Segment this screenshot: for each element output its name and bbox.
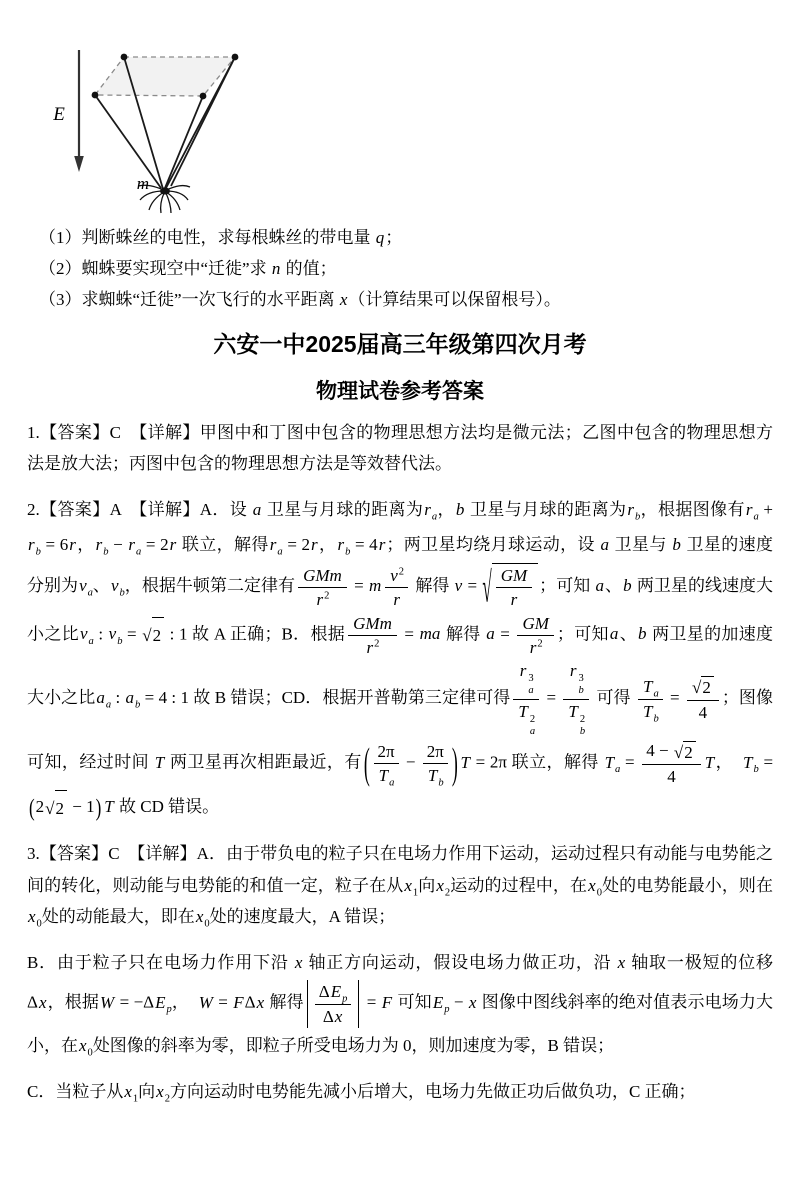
answer-3-paragraph-a: 3.【答案】C 【详解】A．由于带负电的粒子只在电场力作用下运动，运动过程只有动… bbox=[27, 838, 773, 932]
spider-field-diagram: E bbox=[29, 10, 261, 216]
e-field-arrow bbox=[74, 50, 84, 172]
dashed-parallelogram bbox=[95, 57, 235, 96]
document-page: E bbox=[0, 0, 800, 1107]
exam-title: 六安一中2025届高三年级第四次月考 bbox=[27, 326, 773, 359]
question-item-2: （2）蜘蛛要实现空中“迁徙”求 n 的值； bbox=[39, 254, 773, 285]
answer-2-paragraph: 2.【答案】A 【详解】A．设 a 卫星与月球的距离为ra，b 卫星与月球的距离… bbox=[27, 492, 773, 827]
answer-3-paragraph-b: B．由于粒子只在电场力作用下沿 x 轴正方向运动，假设电场力做正功，沿 x 轴取… bbox=[27, 945, 773, 1064]
answer-section: 1.【答案】C 【详解】甲图中和丁图中包含的物理思想方法均是微元法；乙图中包含的… bbox=[27, 417, 773, 1107]
question-item-3: （3）求蜘蛛“迁徙”一次飞行的水平距离 x（计算结果可以保留根号）。 bbox=[39, 285, 773, 316]
question-list: （1）判断蛛丝的电性，求每根蛛丝的带电量 q； （2）蜘蛛要实现空中“迁徙”求 … bbox=[39, 223, 773, 316]
mass-label: m bbox=[137, 174, 149, 193]
answer-3-paragraph-c: C．当粒子从x1向x2方向运动时电势能先减小后增大，电场力先做正功后做负功，C … bbox=[27, 1076, 773, 1107]
e-field-label: E bbox=[52, 104, 65, 125]
answer-1-paragraph: 1.【答案】C 【详解】甲图中和丁图中包含的物理思想方法均是微元法；乙图中包含的… bbox=[27, 417, 773, 480]
question-item-1: （1）判断蛛丝的电性，求每根蛛丝的带电量 q； bbox=[39, 223, 773, 254]
physics-figure: E bbox=[29, 10, 773, 221]
answers-heading: 物理试卷参考答案 bbox=[27, 375, 773, 405]
